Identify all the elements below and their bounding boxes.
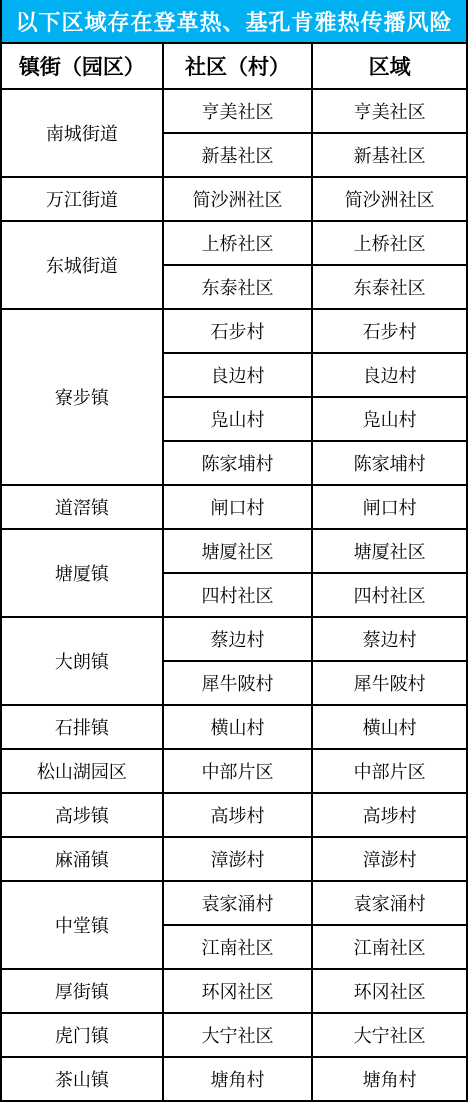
table-head: 以下区域存在登革热、基孔肯雅热传播风险 镇街（园区） 社区（村） 区域 xyxy=(1,0,467,89)
table-row: 高埗镇高埗村高埗村 xyxy=(1,793,467,837)
town-cell: 茶山镇 xyxy=(1,1057,163,1101)
region-cell: 上桥社区 xyxy=(312,221,467,265)
risk-table-body: 南城街道亨美社区亨美社区新基社区新基社区万江街道简沙洲社区简沙洲社区东城街道上桥… xyxy=(1,89,467,1101)
community-cell: 大宁社区 xyxy=(163,1013,313,1057)
town-cell: 寮步镇 xyxy=(1,309,163,485)
region-cell: 横山村 xyxy=(312,705,467,749)
community-cell: 简沙洲社区 xyxy=(163,177,313,221)
town-cell: 松山湖园区 xyxy=(1,749,163,793)
town-cell: 东城街道 xyxy=(1,221,163,309)
region-cell: 漳澎村 xyxy=(312,837,467,881)
table-row: 石排镇横山村横山村 xyxy=(1,705,467,749)
region-cell: 袁家涌村 xyxy=(312,881,467,925)
community-cell: 塘厦社区 xyxy=(163,529,313,573)
community-cell: 高埗村 xyxy=(163,793,313,837)
town-cell: 道滘镇 xyxy=(1,485,163,529)
town-cell: 厚街镇 xyxy=(1,969,163,1013)
community-cell: 塘角村 xyxy=(163,1057,313,1101)
town-cell: 麻涌镇 xyxy=(1,837,163,881)
town-cell: 塘厦镇 xyxy=(1,529,163,617)
table-row: 东城街道上桥社区上桥社区 xyxy=(1,221,467,265)
region-cell: 亨美社区 xyxy=(312,89,467,133)
table-row: 厚街镇环冈社区环冈社区 xyxy=(1,969,467,1013)
town-cell: 虎门镇 xyxy=(1,1013,163,1057)
community-cell: 犀牛陂村 xyxy=(163,661,313,705)
region-cell: 中部片区 xyxy=(312,749,467,793)
region-cell: 简沙洲社区 xyxy=(312,177,467,221)
region-cell: 高埗村 xyxy=(312,793,467,837)
region-cell: 蔡边村 xyxy=(312,617,467,661)
community-cell: 闸口村 xyxy=(163,485,313,529)
community-cell: 亨美社区 xyxy=(163,89,313,133)
table-row: 万江街道简沙洲社区简沙洲社区 xyxy=(1,177,467,221)
table-row: 寮步镇石步村石步村 xyxy=(1,309,467,353)
community-cell: 环冈社区 xyxy=(163,969,313,1013)
region-cell: 塘厦社区 xyxy=(312,529,467,573)
town-cell: 石排镇 xyxy=(1,705,163,749)
town-cell: 中堂镇 xyxy=(1,881,163,969)
table-row: 茶山镇塘角村塘角村 xyxy=(1,1057,467,1101)
region-cell: 四村社区 xyxy=(312,573,467,617)
town-cell: 南城街道 xyxy=(1,89,163,177)
table-row: 南城街道亨美社区亨美社区 xyxy=(1,89,467,133)
table-row: 松山湖园区中部片区中部片区 xyxy=(1,749,467,793)
community-cell: 凫山村 xyxy=(163,397,313,441)
community-cell: 四村社区 xyxy=(163,573,313,617)
community-cell: 新基社区 xyxy=(163,133,313,177)
region-cell: 大宁社区 xyxy=(312,1013,467,1057)
community-cell: 良边村 xyxy=(163,353,313,397)
column-header-community: 社区（村） xyxy=(163,43,313,89)
table-row: 麻涌镇漳澎村漳澎村 xyxy=(1,837,467,881)
town-cell: 万江街道 xyxy=(1,177,163,221)
banner-row: 以下区域存在登革热、基孔肯雅热传播风险 xyxy=(1,0,467,43)
region-cell: 闸口村 xyxy=(312,485,467,529)
column-header-row: 镇街（园区） 社区（村） 区域 xyxy=(1,43,467,89)
region-cell: 犀牛陂村 xyxy=(312,661,467,705)
community-cell: 江南社区 xyxy=(163,925,313,969)
community-cell: 陈家埔村 xyxy=(163,441,313,485)
region-cell: 环冈社区 xyxy=(312,969,467,1013)
table-row: 塘厦镇塘厦社区塘厦社区 xyxy=(1,529,467,573)
community-cell: 横山村 xyxy=(163,705,313,749)
town-cell: 大朗镇 xyxy=(1,617,163,705)
community-cell: 袁家涌村 xyxy=(163,881,313,925)
table-row: 中堂镇袁家涌村袁家涌村 xyxy=(1,881,467,925)
region-cell: 陈家埔村 xyxy=(312,441,467,485)
community-cell: 东泰社区 xyxy=(163,265,313,309)
region-cell: 凫山村 xyxy=(312,397,467,441)
region-cell: 新基社区 xyxy=(312,133,467,177)
community-cell: 蔡边村 xyxy=(163,617,313,661)
town-cell: 高埗镇 xyxy=(1,793,163,837)
community-cell: 漳澎村 xyxy=(163,837,313,881)
region-cell: 塘角村 xyxy=(312,1057,467,1101)
community-cell: 上桥社区 xyxy=(163,221,313,265)
column-header-town: 镇街（园区） xyxy=(1,43,163,89)
table-row: 道滘镇闸口村闸口村 xyxy=(1,485,467,529)
table-row: 大朗镇蔡边村蔡边村 xyxy=(1,617,467,661)
table-row: 虎门镇大宁社区大宁社区 xyxy=(1,1013,467,1057)
banner-title: 以下区域存在登革热、基孔肯雅热传播风险 xyxy=(1,0,467,43)
column-header-region: 区域 xyxy=(312,43,467,89)
dengue-risk-table: 以下区域存在登革热、基孔肯雅热传播风险 镇街（园区） 社区（村） 区域 南城街道… xyxy=(0,0,468,1102)
community-cell: 石步村 xyxy=(163,309,313,353)
region-cell: 江南社区 xyxy=(312,925,467,969)
community-cell: 中部片区 xyxy=(163,749,313,793)
region-cell: 东泰社区 xyxy=(312,265,467,309)
region-cell: 石步村 xyxy=(312,309,467,353)
region-cell: 良边村 xyxy=(312,353,467,397)
